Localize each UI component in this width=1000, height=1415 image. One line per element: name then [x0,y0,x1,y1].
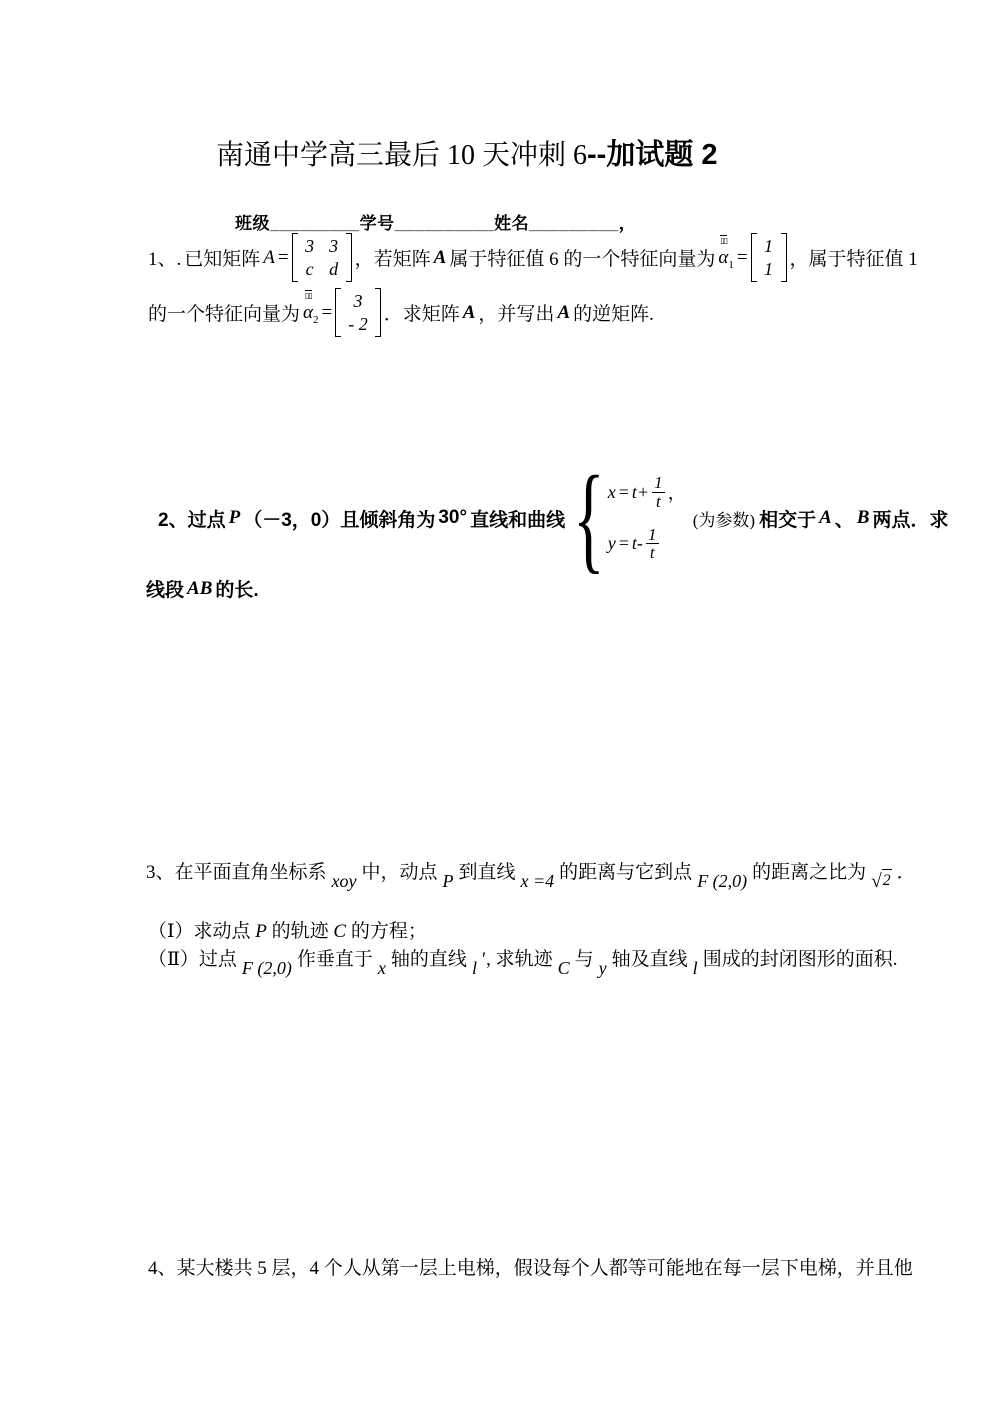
problem1-line2: 的一个特征向量为 ▯▯α2 = 3 - 2 ．求矩阵 A ，并写出 A 的逆矩阵… [148,288,657,337]
q2-mid5: 轴及直线 [612,949,688,970]
problem3-lead: 3、在平面直角坐标系 [146,862,327,883]
parametric-eq-x: x = t+ 1 t ， [608,474,686,511]
vector-arrow-artifact: ▯▯ [305,290,312,300]
problem3-mid3: 的距离与它到点 [559,862,692,883]
var-l: l [693,956,698,981]
matrix-cell: c [305,259,315,280]
matrix-cell: 3 [305,236,315,257]
var-y: y [599,956,607,981]
problem1-text-tail: ，属于特征值 1 [790,244,918,271]
point-F: F (2,0) [242,956,292,981]
equals-sign: = [737,247,748,269]
problem1-line2-mid: ．求矩阵 [384,299,460,326]
title-bold: --加试题 2 [587,132,718,173]
parametric-system: { x = t+ 1 t ， y = t- 1 [568,461,686,575]
fraction-1-over-t: 1 t [646,526,659,563]
q2-mid3: 求轨迹 [496,949,553,970]
problem1-text-lead: 已知矩阵 [184,244,260,271]
q2-lead: （Ⅱ）过点 [148,949,237,970]
alpha-subscript: 2 [313,314,319,326]
alpha2-symbol: ▯▯α2 [303,299,318,326]
vector-cell: 1 [764,236,774,257]
left-brace: { [573,461,605,575]
problem2-lead: 2、过点 [158,505,226,532]
vector-arrow-artifact: ▯▯ [720,235,727,245]
equals-sign: = [619,533,629,554]
fraction-1-over-t: 1 t [652,474,665,511]
problem3-q2: （Ⅱ）过点F (2,0)作垂直于x轴的直线l′, 求轨迹C与y轴及直线l围成的封… [148,947,897,974]
problem1-line2-tail: 的逆矩阵. [573,299,654,326]
matrix-cell: 3 [329,236,339,257]
problem4-line1: 4、某大楼共 5 层，4 个人从第一层上电梯，假设每个人都等可能地在每一层下电梯… [148,1256,913,1283]
q1-lead: （Ⅰ）求动点 [148,921,251,942]
q1-mid: 的轨迹 [272,921,329,942]
page-title: 南通中学高三最后 10 天冲刺 6 --加试题 2 [216,132,718,173]
problem3-mid4: 的距离之比为 [752,862,866,883]
problem1-line1: 1、. 已知矩阵 A = 3 3 c d ，若矩阵 A 属于特征值 6 的一个特… [148,233,921,282]
equals-sign: = [322,302,333,324]
problem2-tail: 两点．求 [872,505,948,532]
problem2-mid1: （－3，0）且倾斜角为 [243,505,435,532]
var-A: A [819,507,832,529]
var-xoy: xoy [332,869,357,894]
var-B: B [857,507,870,529]
title-regular: 南通中学高三最后 10 天冲刺 6 [216,133,587,173]
problem3-mid1: 中，动点 [362,862,438,883]
var-AB: AB [187,578,212,600]
prime-comma: ′, [482,949,496,970]
alpha1-symbol: ▯▯α1 [718,244,733,271]
sqrt-2: √2 [871,869,891,896]
var-P: P [229,507,241,529]
var-x: x [608,482,616,503]
eigenvector-1: 1 1 [751,233,787,282]
problem1-number: 1、. [148,244,181,271]
var-A: A [263,247,275,269]
equals-sign: = [619,482,629,503]
student-info-line: 班级_________学号__________姓名_________， [235,209,636,234]
right-bracket [781,233,787,282]
problem1-text-mid2: 属于特征值 6 的一个特征向量为 [449,244,715,271]
q2-tail: 围成的封闭图形的面积. [703,949,898,970]
q2-mid4: 与 [575,949,594,970]
problem2-line1: 2、过点 P （－3，0）且倾斜角为 30° 直线和曲线 { x = t+ 1 … [158,462,951,574]
vector-cell: 1 [764,259,774,280]
problem3-q1: （Ⅰ）求动点 P 的轨迹 C 的方程； [148,919,427,946]
term-t-minus: t- [632,533,643,554]
parameter-note: (为参数) [693,506,755,531]
matrix-A: 3 3 c d [292,233,352,282]
document-page: 南通中学高三最后 10 天冲刺 6 --加试题 2 班级_________学号_… [0,0,1000,1415]
var-C: C [558,956,570,981]
line-x-equals-4: x =4 [521,869,555,894]
problem2-line2-lead: 线段 [146,575,184,602]
term-t-plus: t+ [632,482,649,503]
q1-tail: 的方程； [351,921,427,942]
var-C: C [333,921,346,942]
var-l-prime: l [472,956,477,981]
point-F: F (2,0) [697,869,747,894]
var-P: P [255,921,267,942]
problem1-text-mid1: ，若矩阵 [355,244,431,271]
var-A-bold: A [557,302,570,324]
eigenvector-2: 3 - 2 [335,288,381,337]
parametric-eq-y: y = t- 1 t [608,526,686,563]
matrix-cell: d [329,259,339,280]
var-y: y [608,533,616,554]
q2-mid2: 轴的直线 [391,949,467,970]
alpha-letter: α [718,247,728,268]
equals-sign: = [278,247,289,269]
problem3-mid2: 到直线 [459,862,516,883]
var-x: x [378,956,386,981]
problem1-line2-mid2: ，并写出 [478,299,554,326]
alpha-letter: α [303,302,313,323]
problem2-mid2: 直线和曲线 [470,505,565,532]
problem2-mid3: 相交于 [759,505,816,532]
vector-cell: - 2 [348,314,368,335]
q2-mid1: 作垂直于 [297,949,373,970]
var-A-bold: A [463,302,476,324]
vector-cell: 3 [353,291,363,312]
comma: ， [668,479,686,505]
var-A-bold: A [434,247,447,269]
problem2-line2: 线段 AB 的长. [146,575,262,602]
right-bracket [346,233,352,282]
right-bracket [375,288,381,337]
problem1-line2-lead: 的一个特征向量为 [148,299,300,326]
alpha-subscript: 1 [728,259,734,271]
var-P: P [443,869,454,894]
problem3-line1: 3、在平面直角坐标系xoy中，动点P到直线x =4的距离与它到点F (2,0)的… [146,860,916,887]
angle-value: 30° [438,507,467,529]
period: ． [897,862,916,883]
dun-comma: 、 [835,505,854,532]
problem2-line2-tail: 的长. [215,575,258,602]
